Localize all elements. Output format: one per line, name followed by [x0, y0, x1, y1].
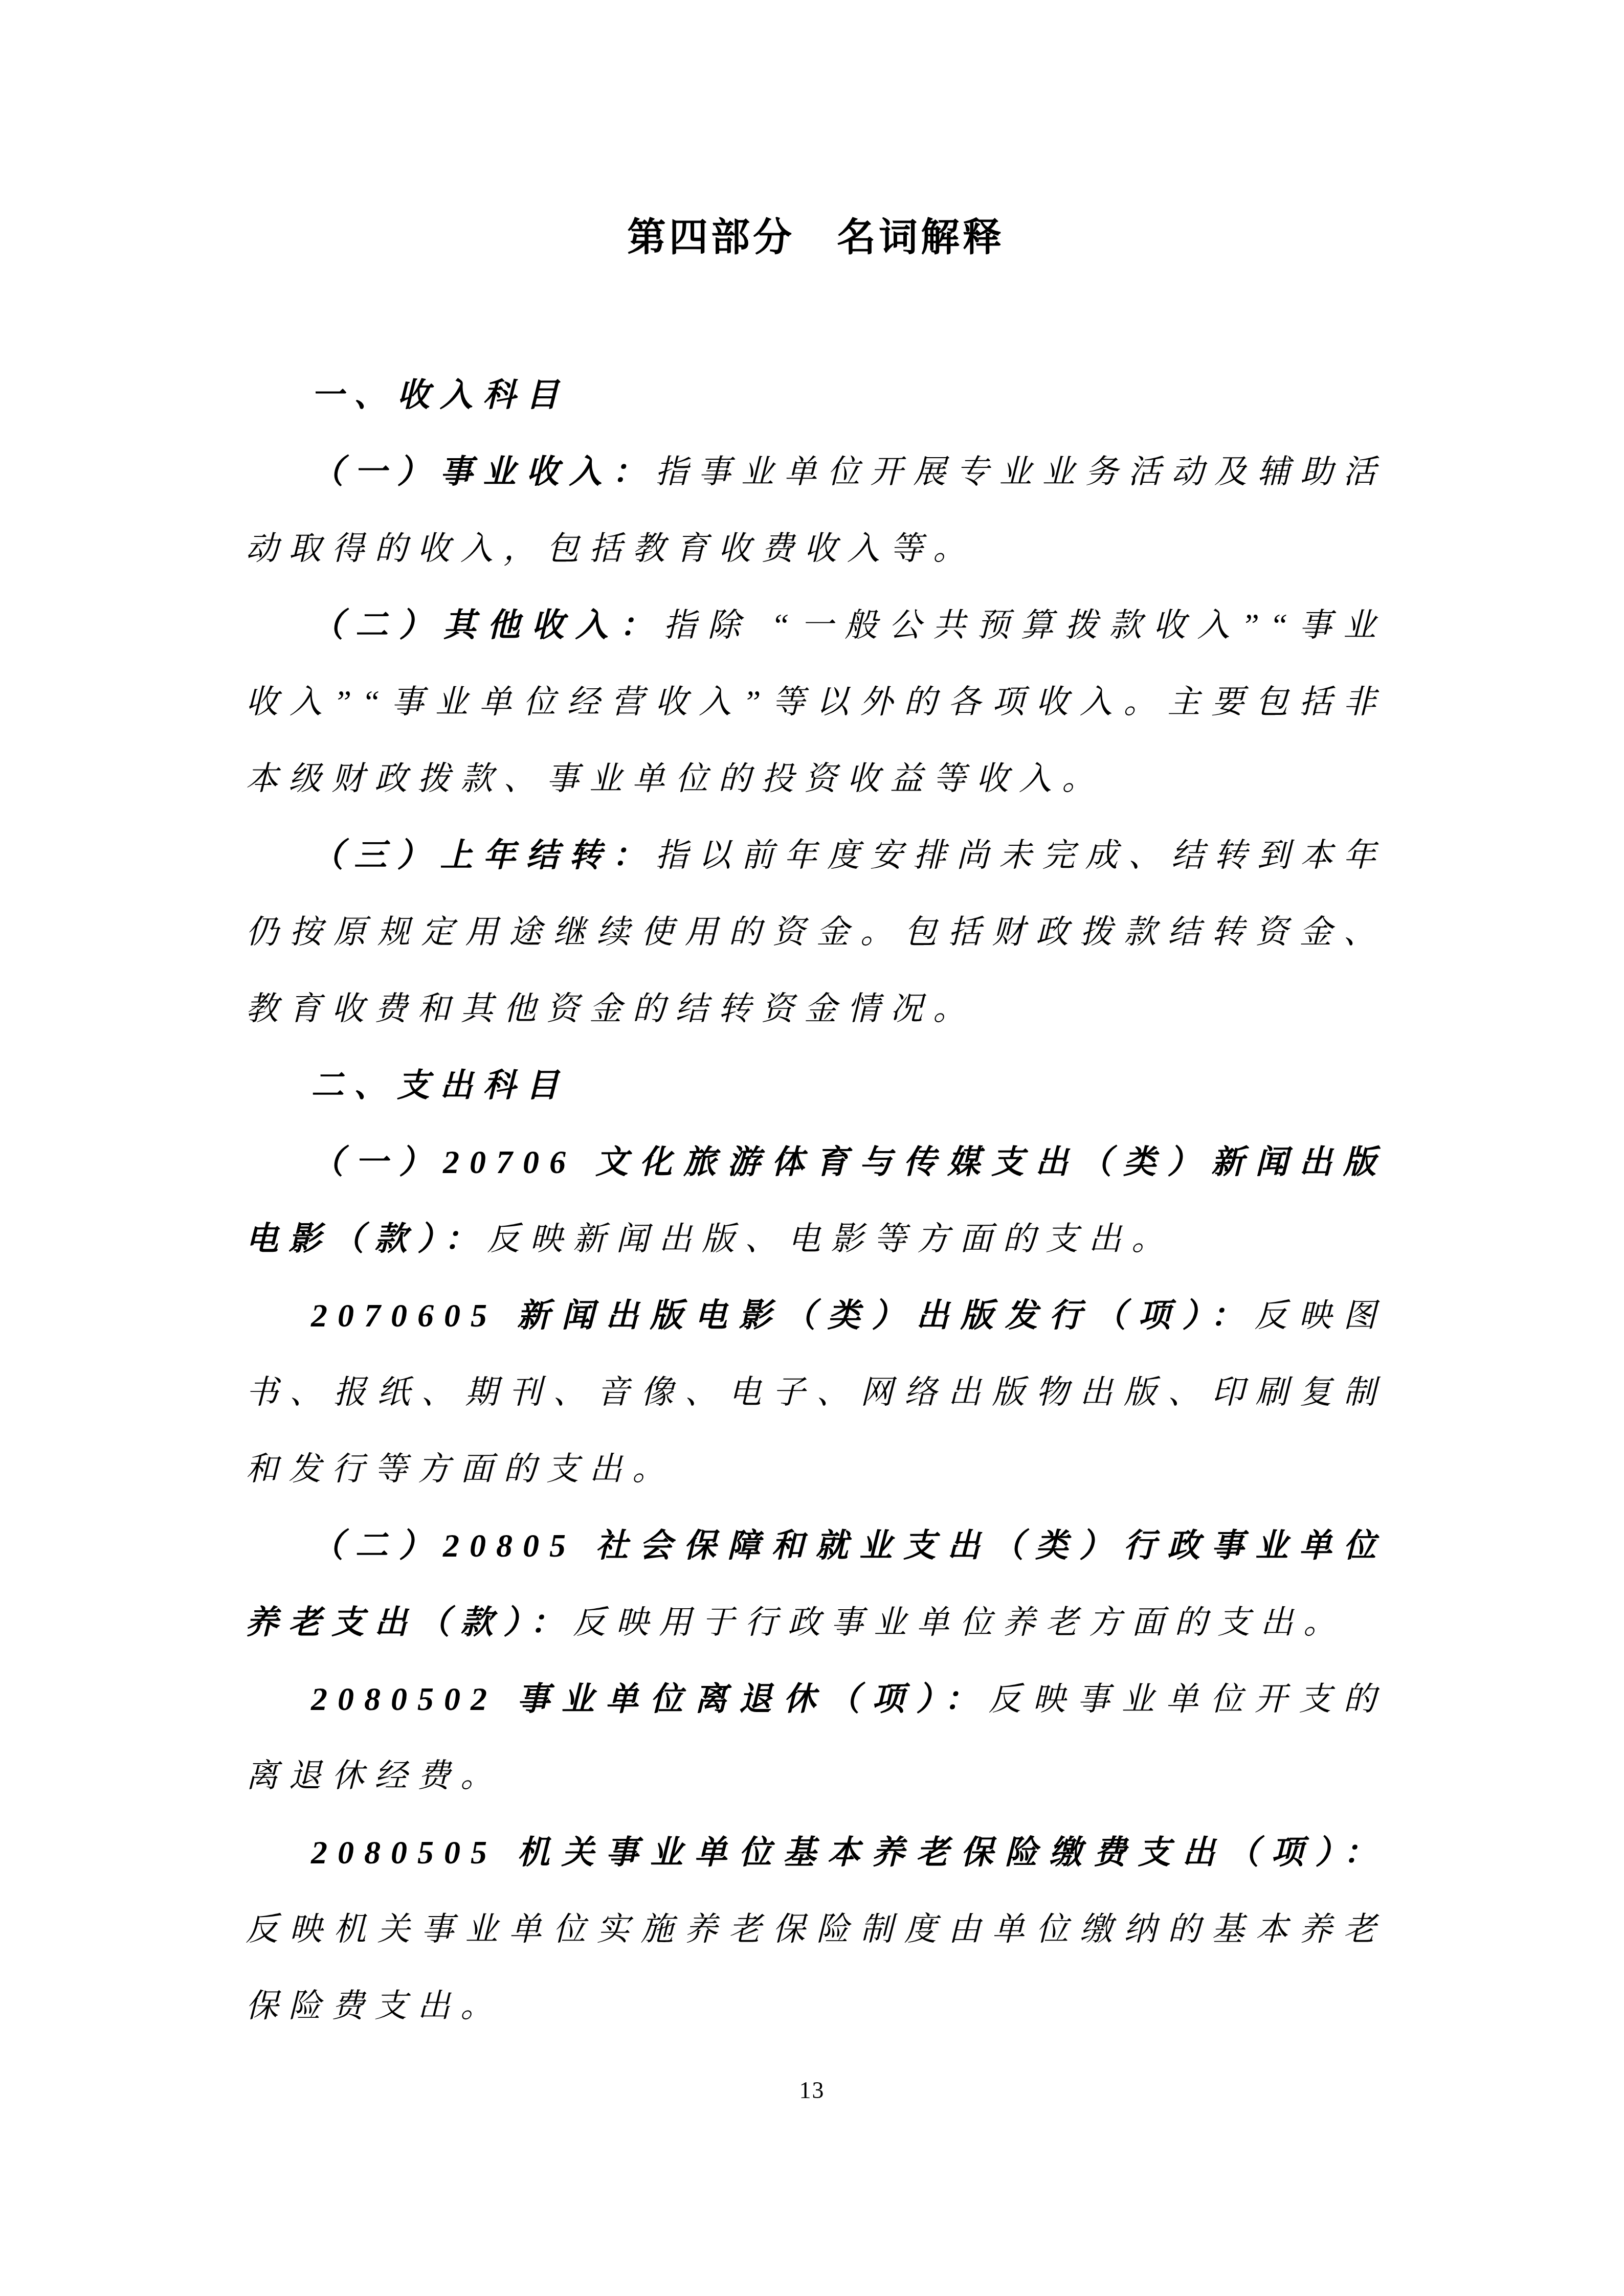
section-heading-expenditure: 二、支出科目 [246, 1047, 1386, 1124]
section-heading-income: 一、收入科目 [246, 357, 1386, 434]
document-content: 第四部分 名词解释 一、收入科目 （一）事业收入：指事业单位开展专业业务活动及辅… [246, 199, 1386, 2044]
glossary-paragraph: 2080505 机关事业单位基本养老保险缴费支出（项）：反映机关事业单位实施养老… [246, 1814, 1386, 2044]
term-label: 2080505 机关事业单位基本养老保险缴费支出（项）： [311, 1834, 1386, 1871]
glossary-paragraph: 2080502 事业单位离退休（项）：反映事业单位开支的离退休经费。 [246, 1661, 1386, 1814]
glossary-paragraph: （一）20706 文化旅游体育与传媒支出（类）新闻出版电影（款）：反映新闻出版、… [246, 1124, 1386, 1277]
term-label: 2070605 新闻出版电影（类）出版发行（项）： [311, 1297, 1255, 1334]
term-definition: 反映机关事业单位实施养老保险制度由单位缴纳的基本养老保险费支出。 [246, 1911, 1386, 2024]
term-label: （三）上年结转： [311, 837, 655, 873]
term-definition: 反映用于行政事业单位养老方面的支出。 [573, 1604, 1346, 1640]
document-page: 第四部分 名词解释 一、收入科目 （一）事业收入：指事业单位开展专业业务活动及辅… [0, 0, 1624, 2296]
glossary-paragraph: 2070605 新闻出版电影（类）出版发行（项）：反映图书、报纸、期刊、音像、电… [246, 1277, 1386, 1507]
page-title: 第四部分 名词解释 [246, 199, 1386, 276]
glossary-paragraph: （二）其他收入：指除 “一般公共预算拨款收入”“事业收入”“事业单位经营收入”等… [246, 587, 1386, 817]
page-number: 13 [0, 2075, 1624, 2106]
term-label: （一）事业收入： [311, 454, 655, 490]
term-label: （二）其他收入： [311, 607, 663, 643]
glossary-paragraph: （二）20805 社会保障和就业支出（类）行政事业单位养老支出（款）：反映用于行… [246, 1507, 1386, 1661]
glossary-paragraph: （一）事业收入：指事业单位开展专业业务活动及辅助活动取得的收入，包括教育收费收入… [246, 434, 1386, 587]
heading-text: 二、支出科目 [311, 1067, 569, 1104]
term-label: 2080502 事业单位离退休（项）： [311, 1681, 988, 1717]
term-definition: 反映新闻出版、电影等方面的支出。 [487, 1221, 1174, 1257]
heading-text: 一、收入科目 [311, 377, 569, 413]
glossary-paragraph: （三）上年结转：指以前年度安排尚未完成、结转到本年仍按原规定用途继续使用的资金。… [246, 817, 1386, 1047]
